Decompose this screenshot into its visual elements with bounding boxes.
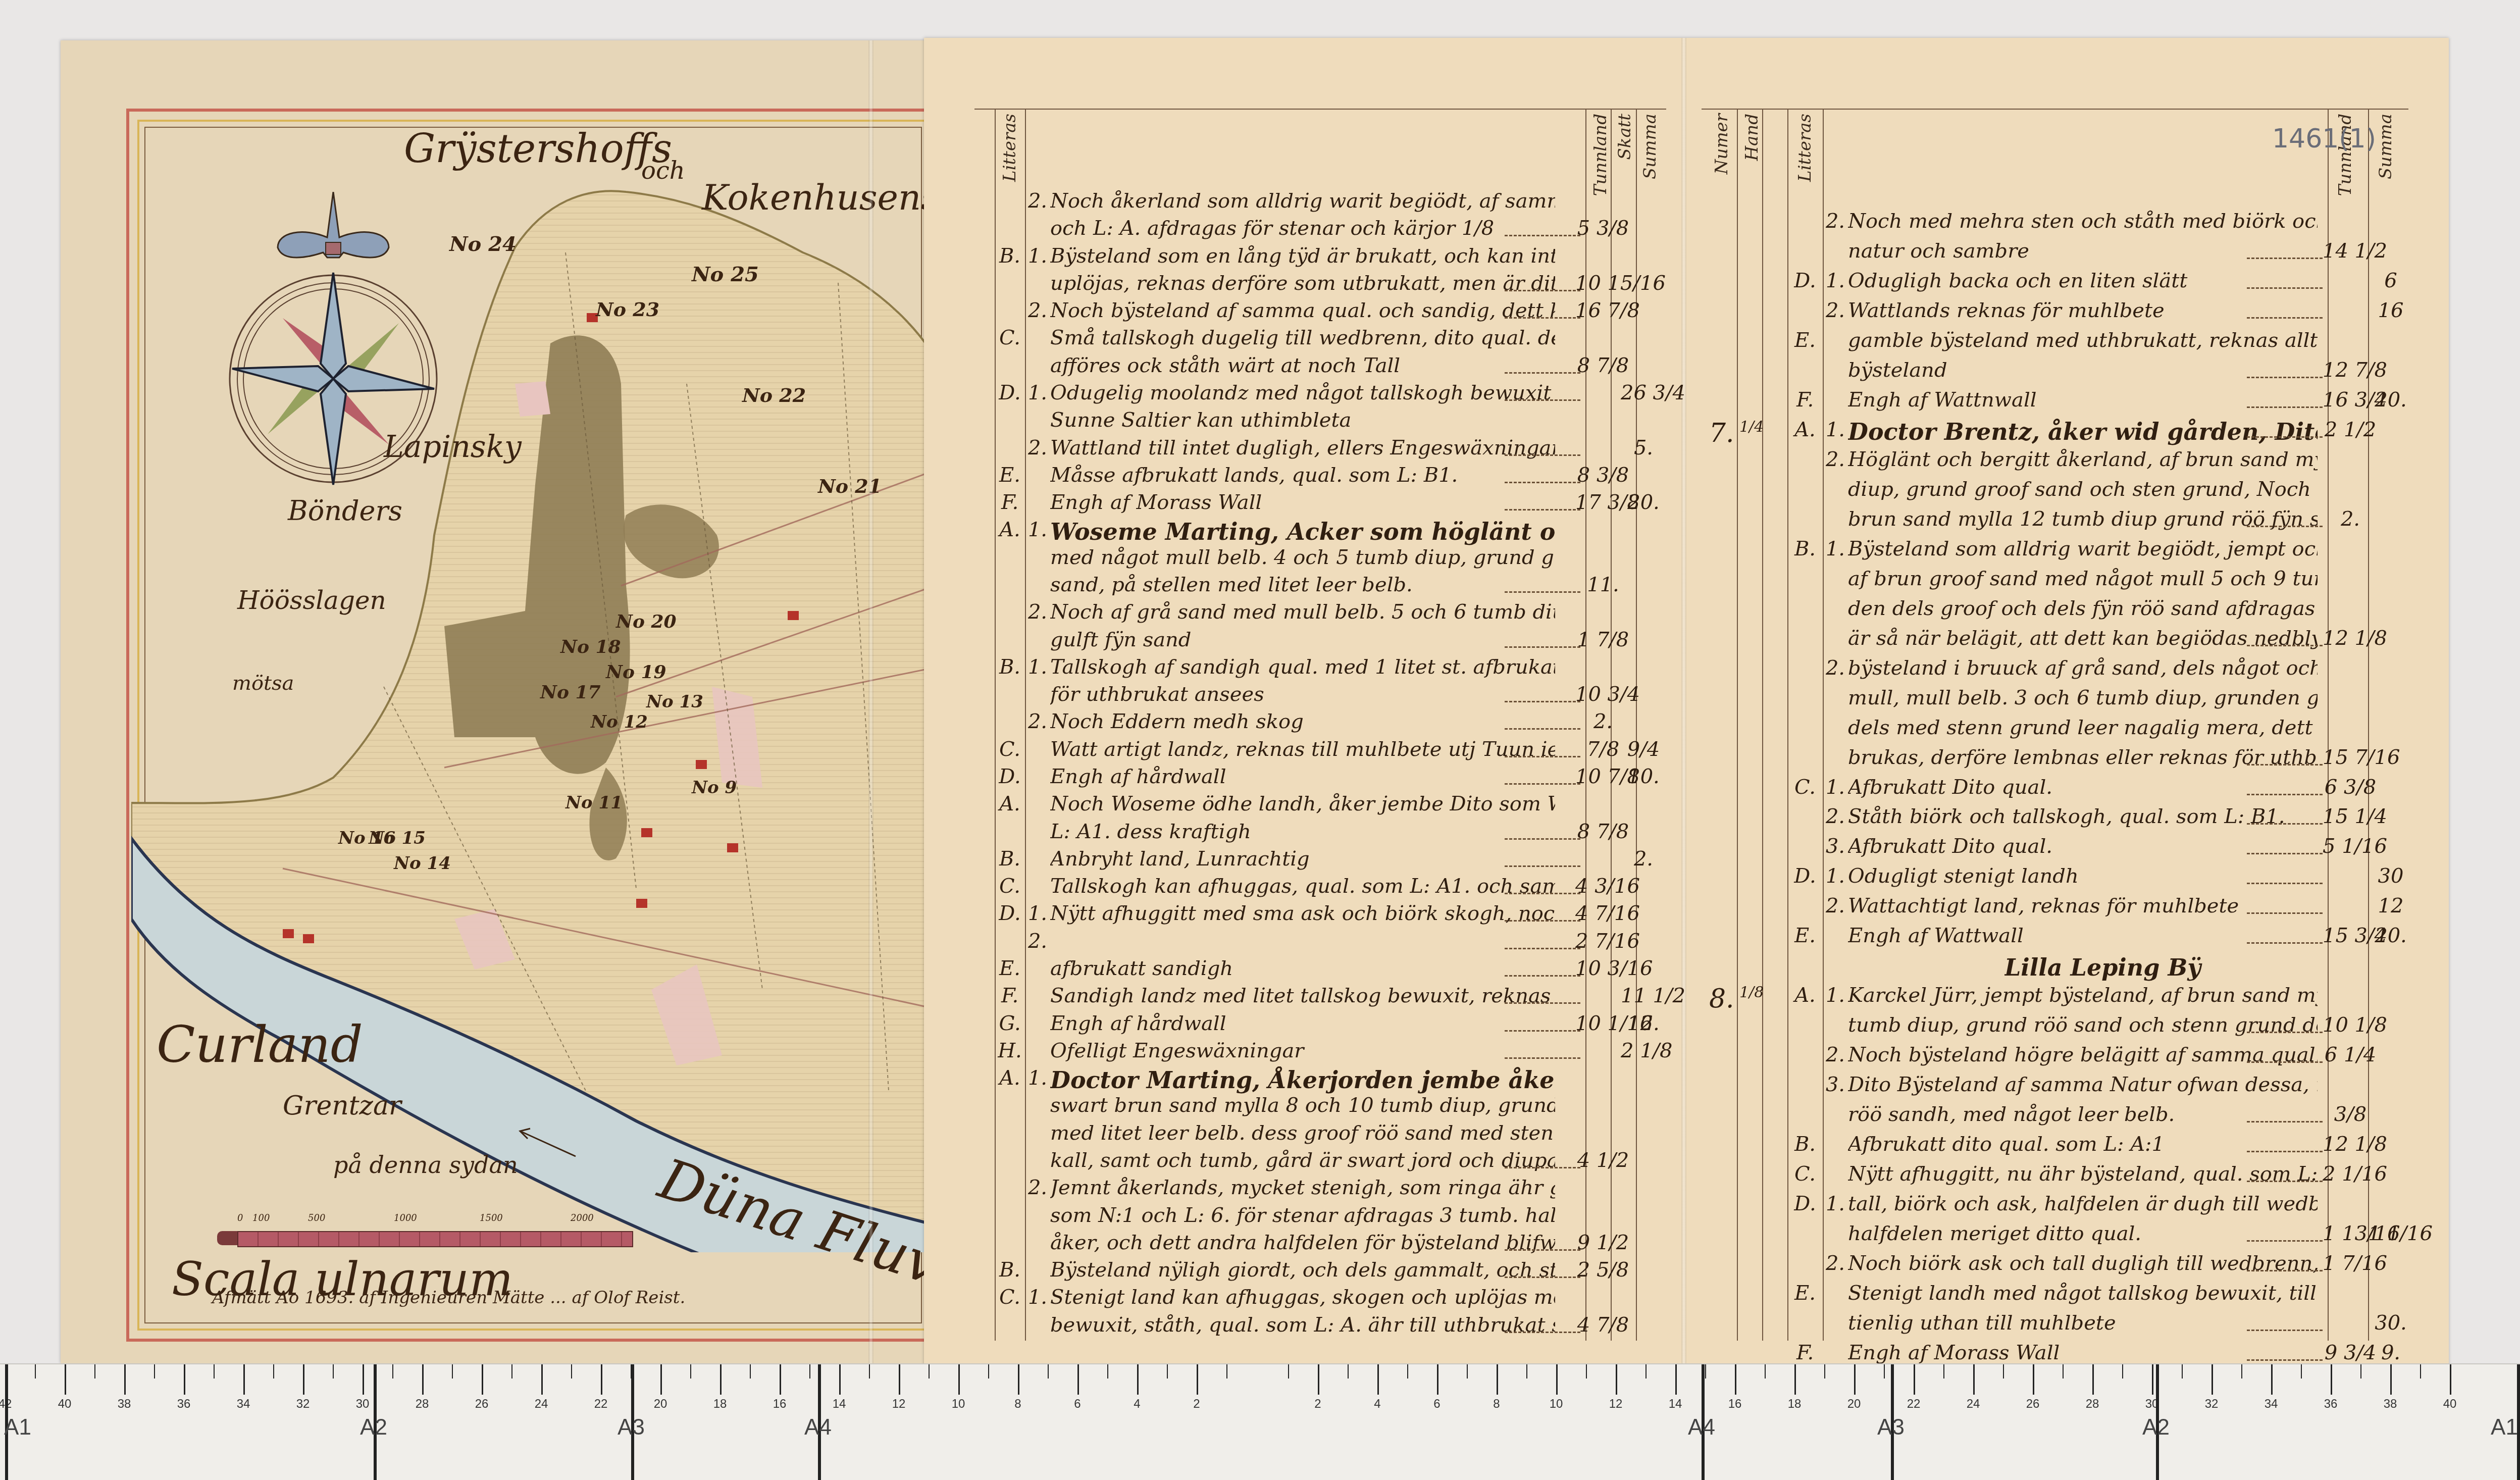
leader-dots	[1505, 948, 1580, 949]
ruler-tick	[1318, 1364, 1319, 1395]
row-description: Jemnt åkerlands, mycket stenigh, som rin…	[1050, 1176, 1555, 1199]
row-letter-code: D.	[1790, 269, 1820, 292]
leader-dots	[2247, 377, 2323, 378]
row-description: brun sand mylla 12 tumb diup grund röö f…	[1848, 507, 2318, 531]
row-item-number: 1.	[1825, 1192, 1845, 1215]
register-row: H.Ofelligt Engeswäxningar2 1/8	[974, 1039, 1666, 1064]
register-row: B.Anbryht land, Lunrachtig2.	[974, 847, 1666, 873]
row-description: swart brun sand mylla 8 och 10 tumb diup…	[1050, 1094, 1555, 1117]
row-item-number: 2.	[1825, 299, 1845, 322]
ruler-number: 32	[2205, 1397, 2219, 1411]
row-sum-value: 30	[2368, 864, 2413, 888]
row-description: Doctor Brentz, åker wid gården, Dito nat…	[1848, 418, 2318, 445]
scale-tick: 1500	[480, 1213, 503, 1223]
row-tunnland-value: 8 7/8	[1575, 354, 1631, 377]
row-description: Noch bÿsteland af samma qual. och sandig…	[1050, 299, 1555, 322]
register-row: B.1.Bÿsteland som alldrig warit begiödt,…	[1702, 537, 2408, 563]
row-description: Noch bÿsteland högre belägitt af samma q…	[1848, 1043, 2318, 1066]
register-row: brun sand mylla 12 tumb diup grund röö f…	[1702, 507, 2408, 533]
register-row: 2.Noch bÿsteland af samma qual. och sand…	[974, 299, 1666, 324]
ruler-number: 32	[296, 1397, 310, 1411]
ruler-number: 16	[1728, 1397, 1742, 1411]
row-letter-code: B.	[1790, 1133, 1820, 1156]
register-row: F.Sandigh landz med litet tallskog bewux…	[974, 984, 1666, 1009]
register-row: afföres ock ståth wärt at noch Tall8 7/8	[974, 354, 1666, 379]
row-tunnland-value: 1 7/8	[1575, 628, 1631, 651]
row-tunnland-value: 15 1/4	[2323, 805, 2378, 828]
row-description: Odugligt stenigt landh	[1848, 864, 2318, 888]
ruler-number: 36	[177, 1397, 191, 1411]
archive-number: 1461(1)	[2272, 124, 2376, 154]
row-tunnland-value: 5 1/16	[2323, 835, 2378, 858]
row-item-number: 1.	[1027, 1286, 1048, 1309]
row-letter-code: D.	[995, 381, 1025, 404]
row-sum-value: 30.	[2368, 1311, 2413, 1335]
register-row: natur och sambre14 1/2	[1702, 239, 2408, 265]
row-description: sand, på stellen med litet leer belb.	[1050, 573, 1555, 596]
ruler-tick	[2092, 1364, 2094, 1395]
scale-tick: 500	[308, 1213, 325, 1223]
leader-dots	[2247, 794, 2323, 795]
row-letter-code: E.	[1790, 329, 1820, 352]
ruler-number: 2	[1193, 1397, 1200, 1411]
leader-dots	[1505, 1057, 1580, 1059]
ruler-tick	[1377, 1364, 1379, 1395]
ruler-tick	[958, 1364, 960, 1395]
row-description: Engh af Morass Wall	[1050, 491, 1555, 514]
row-tunnland-value: 12 1/8	[2323, 1133, 2378, 1156]
register-row: F.Engh af Wattnwall16 3/420.	[1702, 388, 2408, 414]
row-letter-code: A.	[1790, 418, 1820, 441]
ruler-tick	[2033, 1364, 2034, 1395]
register-row: af brun groof sand med något mull 5 och …	[1702, 567, 2408, 592]
leader-dots	[1505, 591, 1580, 593]
register-row: C.1.Afbrukatt Dito qual.6 3/8	[1702, 776, 2408, 801]
leader-dots	[2247, 406, 2323, 408]
row-letter-code: E.	[1790, 924, 1820, 947]
register-row: 2.Noch Eddern medh skog2.	[974, 710, 1666, 735]
leader-dots	[1505, 865, 1580, 867]
row-tunnland-value: 6 1/4	[2323, 1043, 2378, 1066]
row-item-number: 2.	[1027, 710, 1048, 733]
row-tunnland-value: 12 1/8	[2323, 627, 2378, 650]
ruler-tick-minor	[392, 1364, 393, 1379]
row-description: tienlig uthan till muhlbete	[1848, 1311, 2318, 1335]
paper-size-label: A4	[804, 1415, 832, 1440]
row-description: halfdelen meriget ditto qual.	[1848, 1222, 2318, 1245]
ruler-tick-minor	[571, 1364, 572, 1379]
row-tunnland-value: 6 3/8	[2323, 776, 2378, 799]
row-letter-code: F.	[1790, 388, 1820, 412]
row-letter-code: C.	[995, 738, 1025, 761]
row-description: Noch åkerland som alldrig warit begiödt,…	[1050, 189, 1555, 213]
register-row: 2.Wattachtigt land, reknas för muhlbete1…	[1702, 894, 2408, 920]
row-description: Noch med mehra sten och ståth med biörk …	[1848, 210, 2318, 233]
register-row: 2.Höglänt och bergitt åkerland, af brun …	[1702, 448, 2408, 473]
row-sum-value: 12.	[1621, 1012, 1666, 1035]
ruler-tick	[2271, 1364, 2273, 1395]
ruler-tick-minor	[1107, 1364, 1108, 1379]
ruler-number: 38	[118, 1397, 131, 1411]
column-header: Numer	[1712, 114, 1732, 174]
leader-dots	[1505, 235, 1580, 236]
ruler-tick-minor	[2063, 1364, 2064, 1379]
ruler-tick	[303, 1364, 304, 1395]
row-description: Noch biörk ask och tall dugligh till wed…	[1848, 1252, 2318, 1275]
row-description: som N:1 och L: 6. för stenar afdragas 3 …	[1050, 1204, 1555, 1227]
ruler-tick	[1197, 1364, 1198, 1395]
ruler-number: 26	[2026, 1397, 2040, 1411]
register-row: 2.Noch åkerland som alldrig warit begiöd…	[974, 189, 1666, 215]
row-letter-code: B.	[995, 1258, 1025, 1282]
row-tunnland-value: 8 3/8	[1575, 464, 1631, 487]
leader-dots	[1505, 372, 1580, 374]
register-row: kall, samt och tumb, gård är swart jord …	[974, 1149, 1666, 1174]
ruler-number: 12	[1609, 1397, 1623, 1411]
register-row: bewuxit, ståth, qual. som L: A. ähr till…	[974, 1313, 1666, 1339]
row-hand-fraction: 1/4	[1739, 418, 1760, 436]
ruler-tick-minor	[690, 1364, 691, 1379]
register-sheet: Litteras Tunnland Skatt Summa 2.Noch åke…	[924, 38, 2449, 1371]
row-letter-code: F.	[1790, 1341, 1820, 1364]
row-item-number: 2.	[1825, 894, 1845, 917]
row-sum-value: 9.	[2368, 1341, 2413, 1364]
row-letter-code: B.	[995, 244, 1025, 268]
row-tunnland-value: 4 7/8	[1575, 1313, 1631, 1337]
column-header: Litteras	[1000, 114, 1020, 182]
row-sum-value: 12	[2368, 894, 2413, 917]
row-tunnland-value: 2.	[1575, 710, 1631, 733]
ruler-number: 36	[2324, 1397, 2338, 1411]
register-row: L: A1. dess kraftigh8 7/8	[974, 820, 1666, 845]
scale-tick: 2000	[571, 1213, 594, 1223]
leader-dots	[2247, 1359, 2323, 1361]
register-row: D.1.Nÿtt afhuggitt med sma ask och biörk…	[974, 902, 1666, 927]
scale-tick: 1000	[394, 1213, 417, 1223]
row-letter-code: A.	[995, 792, 1025, 815]
ruler-tick-minor	[1943, 1364, 1944, 1379]
leader-dots	[1505, 290, 1580, 291]
register-row: 2.Noch af grå sand med mull belb. 5 och …	[974, 600, 1666, 626]
ruler-tick	[65, 1364, 66, 1395]
ruler-tick-minor	[1467, 1364, 1468, 1379]
map-sheet-fold	[868, 40, 873, 1363]
ruler-number: 34	[2265, 1397, 2278, 1411]
row-description: Ofelligt Engeswäxningar	[1050, 1039, 1555, 1062]
ruler-number: 16	[773, 1397, 787, 1411]
register-row: E.gamble bÿsteland med uthbrukatt, rekna…	[1702, 329, 2408, 354]
leader-dots	[2247, 942, 2323, 944]
leader-dots	[1505, 399, 1580, 401]
ruler-tick-minor	[333, 1364, 334, 1379]
row-tunnland-value: 2 7/16	[1575, 930, 1631, 953]
register-row: D.1.tall, biörk och ask, halfdelen är du…	[1702, 1192, 2408, 1217]
register-row: D.1.Odugelig moolandz med något tallskog…	[974, 381, 1666, 406]
row-description: Watt artigt landz, reknas till muhlbete …	[1050, 738, 1555, 761]
register-row: B.Afbrukatt dito qual. som L: A:112 1/8	[1702, 1133, 2408, 1158]
leader-dots	[2247, 764, 2323, 765]
parcel-label: No 9	[692, 778, 737, 798]
ruler-number: 6	[1074, 1397, 1081, 1411]
row-item-number: 2.	[1825, 210, 1845, 233]
ruler-number: 30	[356, 1397, 370, 1411]
row-item-number: 1.	[1825, 864, 1845, 888]
row-letter-code: B.	[995, 847, 1025, 871]
paper-size-label: A4	[1688, 1415, 1715, 1440]
row-description: brukas, derföre lembnas eller reknas för…	[1848, 746, 2318, 769]
leader-dots	[2247, 258, 2323, 259]
register-row: sand, på stellen med litet leer belb.11.	[974, 573, 1666, 598]
ruler-number: 26	[475, 1397, 489, 1411]
leader-dots	[1505, 1002, 1580, 1004]
ruler-number: 20	[1847, 1397, 1861, 1411]
leader-dots	[1505, 783, 1580, 785]
ruler-tick-minor	[809, 1364, 810, 1379]
ruler-tick-minor	[1765, 1364, 1766, 1379]
register-row: B.1.Tallskogh af sandigh qual. med 1 lit…	[974, 655, 1666, 681]
register-row: Sunne Saltier kan uthimbleta	[974, 409, 1666, 434]
leader-dots	[1505, 728, 1580, 730]
row-item-number: 1.	[1027, 381, 1048, 404]
row-description: natur och sambre	[1848, 239, 2318, 263]
register-row: åker, och dett andra halfdelen för bÿste…	[974, 1231, 1666, 1256]
leader-dots	[2247, 1240, 2323, 1242]
row-item-number: 1.	[1027, 244, 1048, 268]
row-description: Ståth biörk och tallskogh, qual. som L: …	[1848, 805, 2318, 828]
register-row: F.Engh af Morass Wall17 3/820.	[974, 491, 1666, 516]
row-description: Noch af grå sand med mull belb. 5 och 6 …	[1050, 600, 1555, 624]
parcel-label: No 14	[394, 853, 451, 874]
row-item-number: 2.	[1027, 299, 1048, 322]
row-description: afbrukatt sandigh	[1050, 957, 1555, 980]
ruler-tick-minor	[1288, 1364, 1289, 1379]
row-item-number: 1.	[1825, 776, 1845, 799]
row-sum-value: 9/4	[1621, 738, 1666, 761]
ruler-tick	[1018, 1364, 1019, 1395]
ruler-tick	[184, 1364, 185, 1395]
row-description: Små tallskogh dugelig till wedbrenn, dit…	[1050, 326, 1555, 349]
row-description: Nÿtt afhuggitt med sma ask och biörk sko…	[1050, 902, 1555, 925]
leader-dots	[2247, 853, 2323, 854]
row-item-number: 1.	[1027, 902, 1048, 925]
leader-dots	[1505, 509, 1580, 511]
register-row: tumb diup, grund röö sand och stenn grun…	[1702, 1013, 2408, 1039]
row-sum-value: 20.	[1621, 491, 1666, 514]
register-row: 2.Jemnt åkerlands, mycket stenigh, som r…	[974, 1176, 1666, 1201]
row-sum-value: 26 3/4	[1621, 381, 1666, 404]
ruler-tick-minor	[1884, 1364, 1885, 1379]
register-row: 2.Wattlands reknas för muhlbete16	[1702, 299, 2408, 324]
register-row: dels med stenn grund leer nagalig mera, …	[1702, 716, 2408, 741]
ruler-tick	[1735, 1364, 1736, 1395]
row-description: Bÿsteland som en lång tÿd är brukatt, oc…	[1050, 244, 1555, 268]
leader-dots	[1505, 317, 1580, 319]
map-label-grystershoffs: Grÿstershoffs	[404, 126, 672, 172]
ruler-tick	[780, 1364, 781, 1395]
row-tunnland-value: 14 1/2	[2323, 239, 2378, 263]
row-item-number: 1.	[1825, 984, 1845, 1007]
leader-dots	[1505, 1277, 1580, 1278]
ruler-tick	[1675, 1364, 1677, 1395]
row-sum-value: 2 1/8	[1621, 1039, 1666, 1062]
row-sum-value: 5.	[1621, 436, 1666, 460]
row-description: åker, och dett andra halfdelen för bÿste…	[1050, 1231, 1555, 1254]
register-row: med litet leer belb. dess groof röö sand…	[974, 1121, 1666, 1147]
row-sum-value: 10.	[1621, 765, 1666, 788]
row-description: uplöjas, reknas derföre som utbrukatt, m…	[1050, 272, 1555, 295]
map-label-pa-denna-sydan: på denna sydan	[333, 1151, 518, 1179]
ruler-number: 2	[1314, 1397, 1321, 1411]
parcel-label: No 22	[742, 384, 806, 406]
parcel-label: No 13	[646, 692, 703, 712]
ruler-tick-minor	[2182, 1364, 2183, 1379]
row-description: Odugelig moolandz med något tallskogh be…	[1050, 381, 1555, 404]
ruler-number: 28	[416, 1397, 429, 1411]
ruler-tick	[1077, 1364, 1079, 1395]
leader-dots	[1505, 893, 1580, 894]
leader-dots	[1505, 1249, 1580, 1251]
row-sum-value: 20.	[2368, 924, 2413, 947]
column-header: Skatt	[1615, 114, 1635, 160]
row-description: gulft fÿn sand	[1050, 628, 1555, 651]
row-item-number: 2.	[1825, 1252, 1845, 1275]
leader-dots	[2247, 526, 2323, 527]
row-letter-code: E.	[995, 957, 1025, 980]
row-description: är så när belägit, att dett kan begiödas…	[1848, 627, 2318, 650]
row-description: Bÿsteland som alldrig warit begiödt, jem…	[1848, 537, 2318, 560]
ruler-tick	[2212, 1364, 2213, 1395]
register-row: C.Små tallskogh dugelig till wedbrenn, d…	[974, 326, 1666, 351]
row-description: tall, biörk och ask, halfdelen är dugh t…	[1848, 1192, 2318, 1215]
ruler-number: 22	[1907, 1397, 1921, 1411]
row-description: Nÿtt afhuggitt, nu ähr bÿsteland, qual. …	[1848, 1162, 2318, 1186]
scale-tick: 0	[237, 1213, 243, 1223]
column-header: Hand	[1742, 114, 1762, 161]
register-row: bÿsteland12 7/8	[1702, 359, 2408, 384]
ruler-tick	[482, 1364, 483, 1395]
row-item-number: 2.	[1825, 448, 1845, 471]
ruler-tick	[720, 1364, 722, 1395]
row-letter-code: D.	[995, 765, 1025, 788]
map-label-och: och	[641, 157, 685, 185]
row-description: Tallskogh af sandigh qual. med 1 litet s…	[1050, 655, 1555, 679]
leader-dots	[1505, 646, 1580, 648]
ruler-number: 24	[1967, 1397, 1980, 1411]
row-description: Noch Eddern medh skog	[1050, 710, 1555, 733]
register-row: 2.Noch med mehra sten och ståth med biör…	[1702, 210, 2408, 235]
row-description: för uthbrukat ansees	[1050, 683, 1555, 706]
ruler-tick	[899, 1364, 900, 1395]
row-letter-code: C.	[1790, 1162, 1820, 1186]
register-row: 2.Noch bÿsteland högre belägitt af samma…	[1702, 1043, 2408, 1068]
ruler-tick-minor	[273, 1364, 274, 1379]
parcel-label: No 20	[616, 611, 677, 632]
ruler-tick	[1437, 1364, 1438, 1395]
ruler-tick-minor	[511, 1364, 512, 1379]
parcel-label: No 23	[596, 298, 659, 321]
paper-size-label: A2	[2142, 1415, 2170, 1440]
ruler-tick	[2450, 1364, 2451, 1395]
paper-size-label: A3	[1877, 1415, 1905, 1440]
register-row: C.Tallskogh kan afhuggas, qual. som L: A…	[974, 875, 1666, 900]
leader-dots	[2247, 436, 2323, 438]
parcel-label: No 17	[540, 682, 601, 703]
ruler-tick	[1137, 1364, 1139, 1395]
row-tunnland-value: 11.	[1575, 573, 1631, 596]
register-row: 3.Dito Bÿsteland af samma Natur ofwan de…	[1702, 1073, 2408, 1098]
row-description: Engh af Wattwall	[1848, 924, 2318, 947]
row-sum-value: 20.	[2368, 388, 2413, 412]
ruler-tick-minor	[214, 1364, 215, 1379]
ruler-number: 28	[2086, 1397, 2099, 1411]
ruler-tick-minor	[35, 1364, 36, 1379]
row-item-number: 2.	[1825, 656, 1845, 680]
register-row: B.1.Bÿsteland som en lång tÿd är brukatt…	[974, 244, 1666, 270]
row-description: Sunne Saltier kan uthimbleta	[1050, 409, 1555, 432]
map-sheet: Grÿstershoffs och Kokenhusens Lapinsky B…	[61, 40, 949, 1363]
row-tunnland-value: 9 1/2	[1575, 1231, 1631, 1254]
row-letter-code: H.	[995, 1039, 1025, 1062]
ruler-tick	[2331, 1364, 2332, 1395]
leader-dots	[2247, 912, 2323, 914]
register-row: 2.Ståth biörk och tallskogh, qual. som L…	[1702, 805, 2408, 830]
parcel-label: No 15	[369, 828, 426, 848]
row-sum-value: 1 1/16	[2368, 1222, 2413, 1245]
ruler-tick-minor	[452, 1364, 453, 1379]
row-tunnland-value: 2.	[2323, 507, 2378, 531]
map-scale-bar	[217, 1227, 641, 1247]
register-page-left: Litteras Tunnland Skatt Summa 2.Noch åke…	[974, 109, 1666, 1341]
ruler-tick	[2152, 1364, 2153, 1395]
map-label-bonders: Bönders	[288, 495, 402, 527]
row-description: Stenigt land kan afhuggas, skogen och up…	[1050, 1286, 1555, 1309]
row-description: röö sandh, med något leer belb.	[1848, 1103, 2318, 1126]
row-tunnland-value: 5 3/8	[1575, 217, 1631, 240]
ruler-tick	[243, 1364, 245, 1395]
register-row: E.Måsse afbrukatt lands, qual. som L: B1…	[974, 464, 1666, 489]
row-item-number: 2.	[1825, 1043, 1845, 1066]
row-tunnland-value: 10 15/16	[1575, 272, 1631, 295]
row-description: diup, grund groof sand och sten grund, N…	[1848, 478, 2318, 501]
row-tunnland-value: 1 7/16	[2323, 1252, 2378, 1275]
ruler-number: 40	[2443, 1397, 2457, 1411]
ruler-tick-minor	[1526, 1364, 1527, 1379]
leader-dots	[1505, 1030, 1580, 1032]
row-sum-value: 2.	[1621, 847, 1666, 871]
leader-dots	[2247, 1151, 2323, 1152]
register-row: diup, grund groof sand och sten grund, N…	[1702, 478, 2408, 503]
ruler-tick	[1616, 1364, 1617, 1395]
row-description: Wattachtigt land, reknas för muhlbete	[1848, 894, 2318, 917]
ruler-tick	[2390, 1364, 2392, 1395]
ruler-number: 10	[1550, 1397, 1563, 1411]
ruler-tick	[1914, 1364, 1915, 1395]
row-description: Höglänt och bergitt åkerland, af brun sa…	[1848, 448, 2318, 471]
ruler-tick	[541, 1364, 543, 1395]
register-row: med något mull belb. 4 och 5 tumb diup, …	[974, 546, 1666, 571]
row-letter-code: E.	[995, 464, 1025, 487]
row-description: Lilla Leping Bÿ	[2004, 954, 2307, 981]
register-row: 2.Wattland till intet dugligh, ellers En…	[974, 436, 1666, 462]
register-row: swart brun sand mylla 8 och 10 tumb diup…	[974, 1094, 1666, 1119]
row-description: mull, mull belb. 3 och 6 tumb diup, grun…	[1848, 686, 2318, 709]
register-row: D.1.Odugligh backa och en liten slätt6	[1702, 269, 2408, 294]
ruler-tick-minor	[750, 1364, 751, 1379]
ruler-tick	[422, 1364, 424, 1395]
row-description: Odugligh backa och en liten slätt	[1848, 269, 2318, 292]
register-row: A.Noch Woseme ödhe landh, åker jembe Dit…	[974, 792, 1666, 818]
row-description: Karckel Jürr, jempt bÿsteland, af brun s…	[1848, 984, 2318, 1007]
